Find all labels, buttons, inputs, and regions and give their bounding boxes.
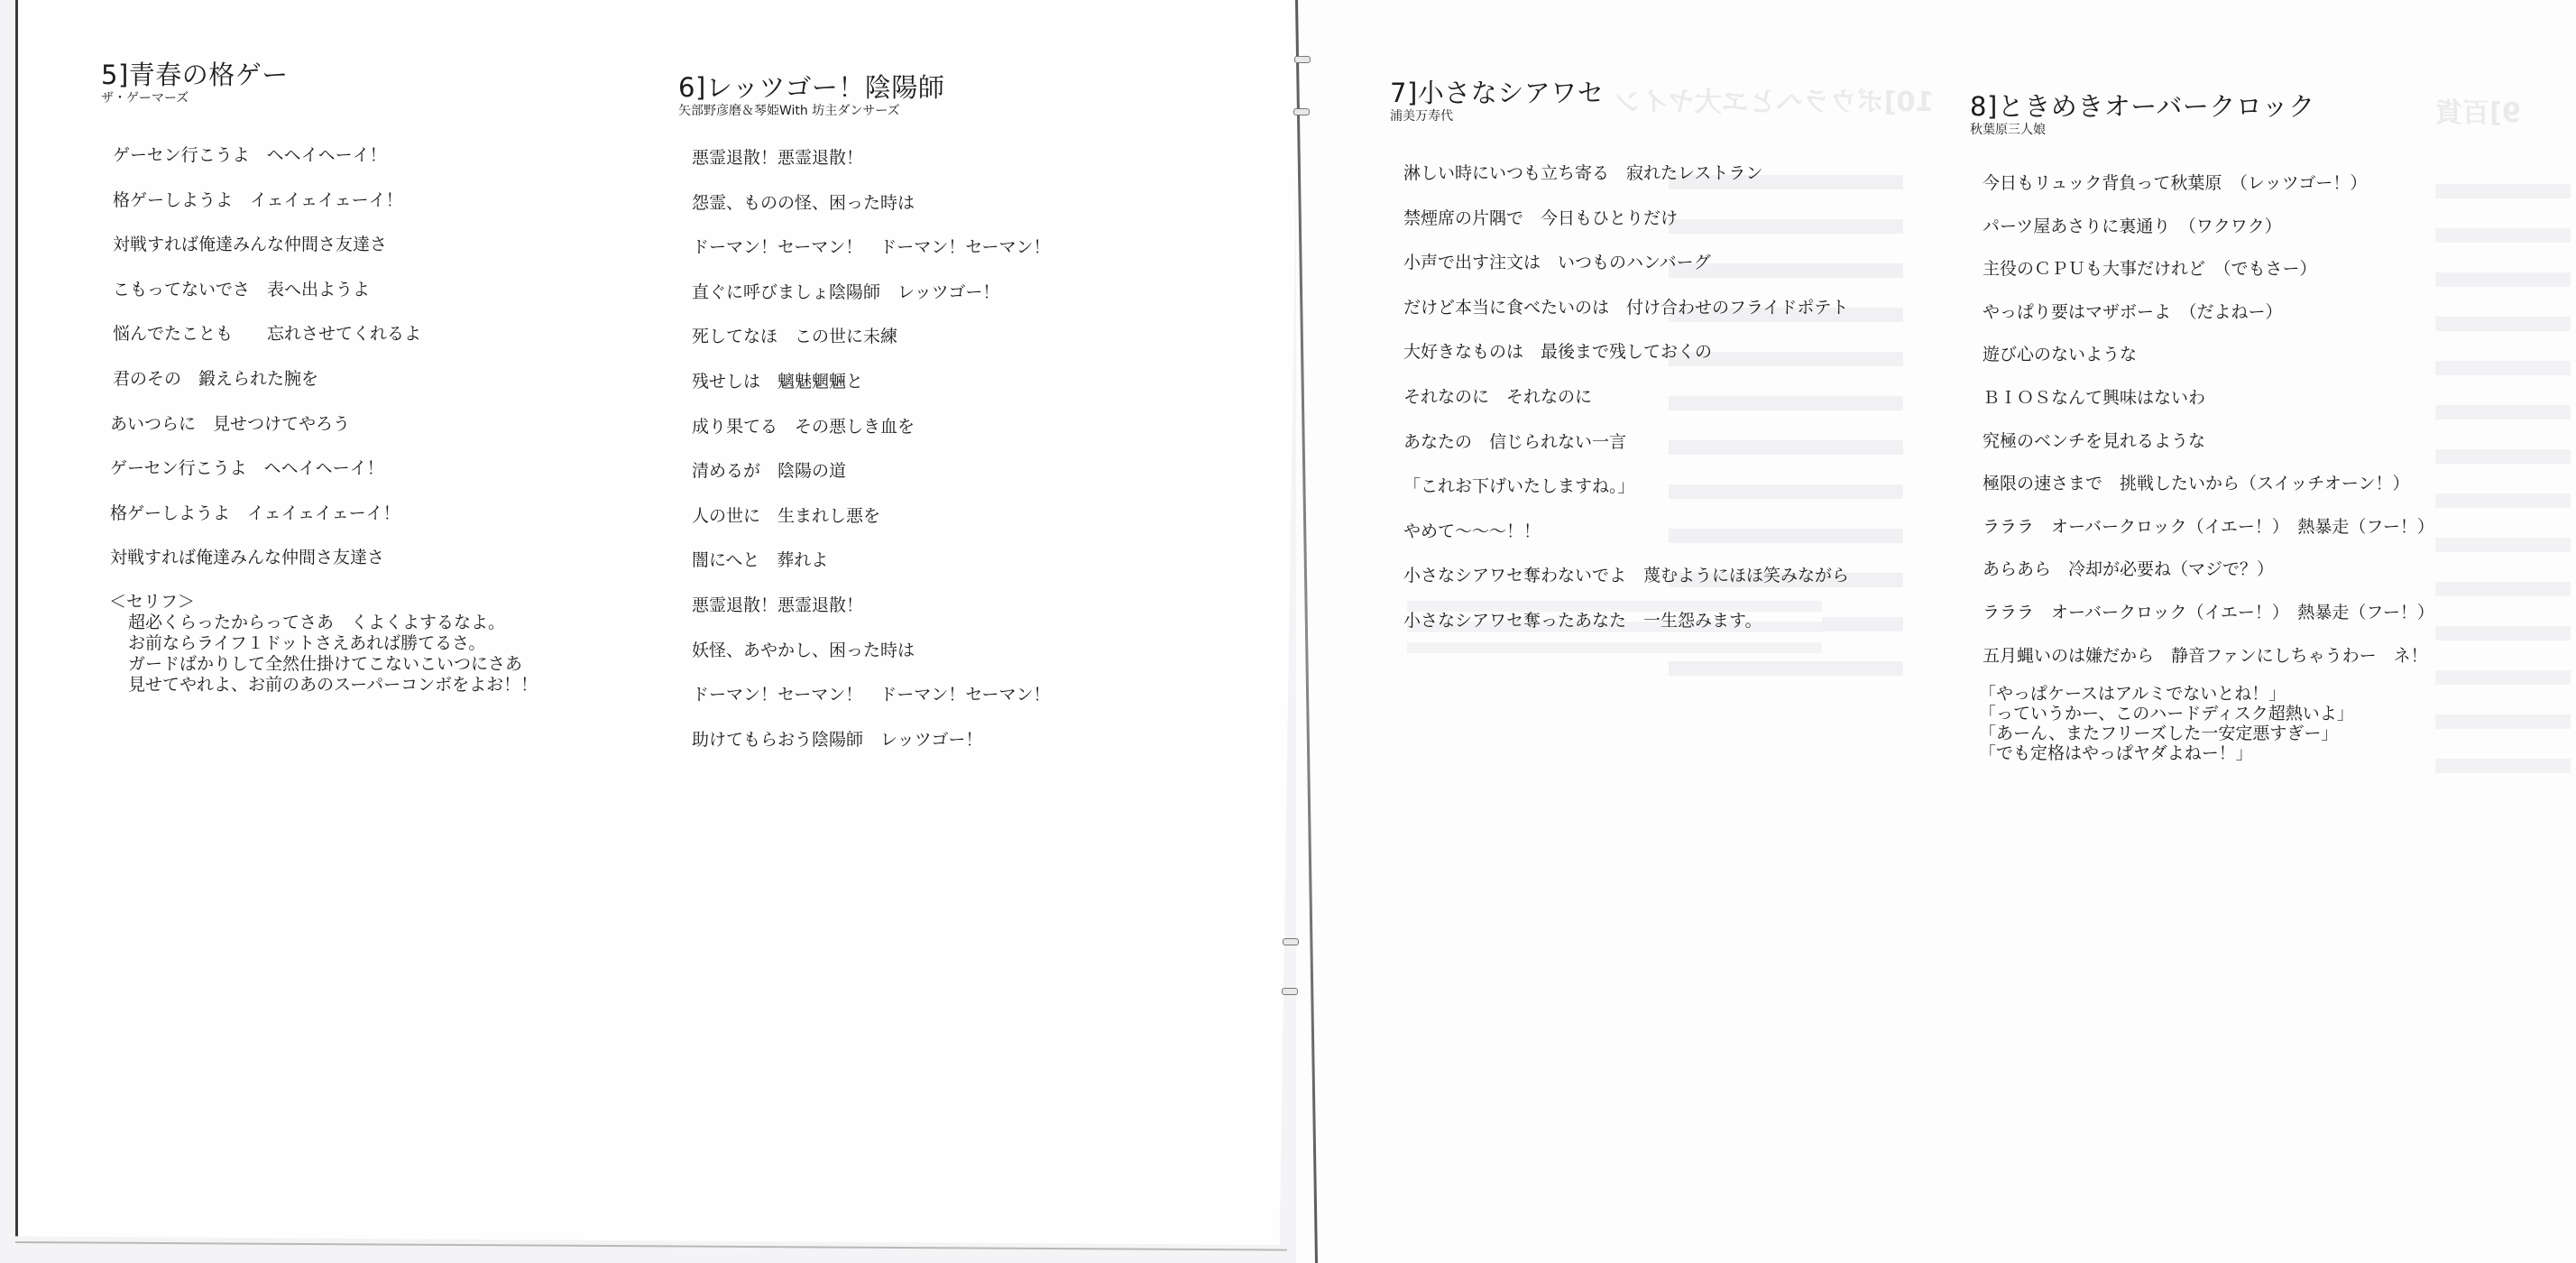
track-number: 5] <box>101 60 129 90</box>
lyric-line: ドーマン！セーマン！ ドーマン！セーマン！ <box>692 684 1050 729</box>
serif-line: 超必くらったからってさあ くよくよするなよ。 <box>109 613 538 633</box>
lyric-line: 極限の速さまで 挑戦したいから（スイッチオーン！） <box>1983 473 2434 516</box>
lyric-line: 禁煙席の片隅で 今日もひとりだけ <box>1403 207 1849 253</box>
lyric-line: 今日もリュック背負って秋葉原 （レッツゴー！） <box>1983 172 2434 216</box>
serif-block: ＜セリフ＞ 超必くらったからってさあ くよくよするなよ。 お前ならライフ１ドット… <box>109 592 538 696</box>
lyric-line: やめて～～～！！ <box>1403 521 1849 566</box>
lyric-line: 格ゲーしようよ イェイェイェーイ！ <box>113 189 538 235</box>
lyric-line: ゲーセン行こうよ ヘヘイヘーイ！ <box>110 457 538 502</box>
quote-line: 「あーん、またフリーズした一安定悪すぎー」 <box>1979 724 2434 743</box>
song-title: 5]青春の格ゲー <box>101 60 289 90</box>
quote-line: 「っていうかー、このハードディスク超熱いよ」 <box>1979 704 2434 724</box>
lyric-line: あなたの 信じられない一言 <box>1403 431 1849 476</box>
bleed-through-title: 9]百貨 <box>2435 90 2521 130</box>
lyric-line: 大好きなものは 最後まで残しておくの <box>1403 341 1849 386</box>
lyric-line: 主役のＣＰＵも大事だけれど （でもさー） <box>1983 258 2434 301</box>
song-5-lyrics: ゲーセン行こうよ ヘヘイヘーイ！ 格ゲーしようよ イェイェイェーイ！ 対戦すれば… <box>113 144 538 696</box>
lyric-line: ゲーセン行こうよ ヘヘイヘーイ！ <box>113 144 538 189</box>
song-title: 8]ときめきオーバークロック <box>1970 91 2315 122</box>
song-artist: 秋葉原三人娘 <box>1970 122 2315 138</box>
lyric-line: 小さなシアワセ奪ったあなた 一生怨みます。 <box>1403 610 1849 655</box>
lyric-line: 小さなシアワセ奪わないでよ 蔑むようにほほ笑みながら <box>1403 565 1849 610</box>
song-6: 6]レッツゴー！陰陽師 矢部野彦磨＆琴姫With 坊主ダンサーズ <box>678 72 944 119</box>
lyric-line: 小声で出す注文は いつものハンバーグ <box>1403 252 1849 297</box>
lyric-line: 死してなほ この世に未練 <box>692 326 1050 371</box>
song-8: 8]ときめきオーバークロック 秋葉原三人娘 <box>1970 91 2315 138</box>
song-title: 7]小さなシアワセ <box>1390 78 1604 108</box>
quote-line: 「やっぱケースはアルミでないとね！」 <box>1979 684 2434 704</box>
serif-line: お前ならライフ１ドットさえあれば勝てるさ。 <box>109 633 538 654</box>
lyric-line: 成り果てる その悪しき血を <box>692 416 1050 461</box>
song-title-text: レッツゴー！陰陽師 <box>706 72 945 103</box>
lyric-line: あいつらに 見せつけてやろう <box>110 413 538 458</box>
lyric-line: 助けてもらおう陰陽師 レッツゴー！ <box>692 729 1050 774</box>
track-number: 7] <box>1390 78 1418 108</box>
lyric-line: ＢＩＯＳなんて興味はないわ <box>1983 387 2434 430</box>
lyric-line: 残せしは 魑魅魍魎と <box>692 371 1050 416</box>
song-title: 6]レッツゴー！陰陽師 <box>678 72 944 103</box>
lyric-line: ラララ オーバークロック（イエー！） 熱暴走（フー！） <box>1983 516 2434 559</box>
song-7-lyrics: 淋しい時にいつも立ち寄る 寂れたレストラン 禁煙席の片隅で 今日もひとりだけ 小… <box>1403 162 1849 655</box>
lyric-line: あらあら 冷却が必要ね（マジで？） <box>1983 558 2434 602</box>
song-artist: 矢部野彦磨＆琴姫With 坊主ダンサーズ <box>678 103 944 119</box>
song-artist: ザ・ゲーマーズ <box>101 90 289 106</box>
lyric-line: 悪霊退散！悪霊退散！ <box>692 147 1050 192</box>
lyric-line: 淋しい時にいつも立ち寄る 寂れたレストラン <box>1403 162 1849 207</box>
song-7: 7]小さなシアワセ 浦美万寿代 <box>1390 78 1604 124</box>
track-number: 6] <box>678 72 706 103</box>
lyric-line: 直ぐに呼びましょ陰陽師 レッツゴー！ <box>692 281 1050 327</box>
lyric-line: 究極のベンチを見れるような <box>1983 430 2434 474</box>
lyric-line: 妖怪、あやかし、困った時は <box>692 640 1050 685</box>
lyric-line: それなのに それなのに <box>1403 386 1849 431</box>
quote-block: 「やっぱケースはアルミでないとね！」 「っていうかー、このハードディスク超熱いよ… <box>1979 684 2434 763</box>
lyric-line: 清めるが 陰陽の道 <box>692 460 1050 505</box>
bleed-through-block <box>2435 171 2571 794</box>
lyric-line: 人の世に 生まれし悪を <box>692 505 1050 550</box>
lyric-line: 「これお下げいたしますね。」 <box>1403 475 1849 521</box>
song-8-lyrics: 今日もリュック背負って秋葉原 （レッツゴー！） パーツ屋あさりに裏通り （ワクワ… <box>1983 172 2434 763</box>
quote-line: 「でも定格はやっぱヤダよねー！」 <box>1979 743 2434 763</box>
lyric-line: 五月蝿いのは嫌だから 静音ファンにしちゃうわー ネ！ <box>1983 645 2434 684</box>
lyric-line: パーツ屋あさりに裏通り （ワクワク） <box>1983 216 2434 259</box>
song-title-text: 青春の格ゲー <box>129 60 289 90</box>
lyric-line: やっぱり要はマザボーよ （だよねー） <box>1983 301 2434 345</box>
lyric-line: ラララ オーバークロック（イエー！） 熱暴走（フー！） <box>1983 602 2434 645</box>
track-number: 8] <box>1970 91 1998 122</box>
serif-label: ＜セリフ＞ <box>109 592 538 613</box>
staple-icon <box>1294 56 1311 63</box>
song-title-text: 小さなシアワセ <box>1418 78 1605 108</box>
lyric-line: だけど本当に食べたいのは 付け合わせのフライドポテト <box>1403 297 1849 342</box>
song-artist: 浦美万寿代 <box>1390 108 1604 124</box>
staple-icon <box>1293 108 1310 115</box>
lyric-line: こもってないでさ 表へ出ようよ <box>113 279 538 324</box>
staple-icon <box>1282 988 1298 995</box>
lyric-line: 悩んでたことも 忘れさせてくれるよ <box>113 323 538 368</box>
lyric-line: 対戦すれば俺達みんな仲間さ友達さ <box>110 547 538 592</box>
lyric-line: 悪霊退散！悪霊退散！ <box>692 595 1050 640</box>
lyric-line: 対戦すれば俺達みんな仲間さ友達さ <box>113 234 538 279</box>
staple-icon <box>1283 938 1299 945</box>
lyric-line: 格ゲーしようよ イェイェイェーイ！ <box>110 502 538 548</box>
lyric-line: 遊び心のないような <box>1983 344 2434 387</box>
song-6-lyrics: 悪霊退散！悪霊退散！ 怨霊、ものの怪、困った時は ドーマン！セーマン！ ドーマン… <box>692 147 1050 773</box>
serif-line: 見せてやれよ、お前のあのスーパーコンボをよお！！ <box>109 675 538 696</box>
song-title-text: ときめきオーバークロック <box>1998 91 2315 122</box>
song-5: 5]青春の格ゲー ザ・ゲーマーズ <box>101 60 289 106</box>
serif-line: ガードばかりして全然仕掛けてこないこいつにさあ <box>109 654 538 675</box>
lyric-line: 君のその 鍛えられた腕を <box>113 368 538 413</box>
lyric-line: ドーマン！セーマン！ ドーマン！セーマン！ <box>692 236 1050 281</box>
lyric-line: 闇にへと 葬れよ <box>692 549 1050 595</box>
lyric-line: 怨霊、ものの怪、困った時は <box>692 192 1050 237</box>
bleed-through-title: 10]ボウラヘとヱ大ヤイン <box>1615 79 1934 119</box>
